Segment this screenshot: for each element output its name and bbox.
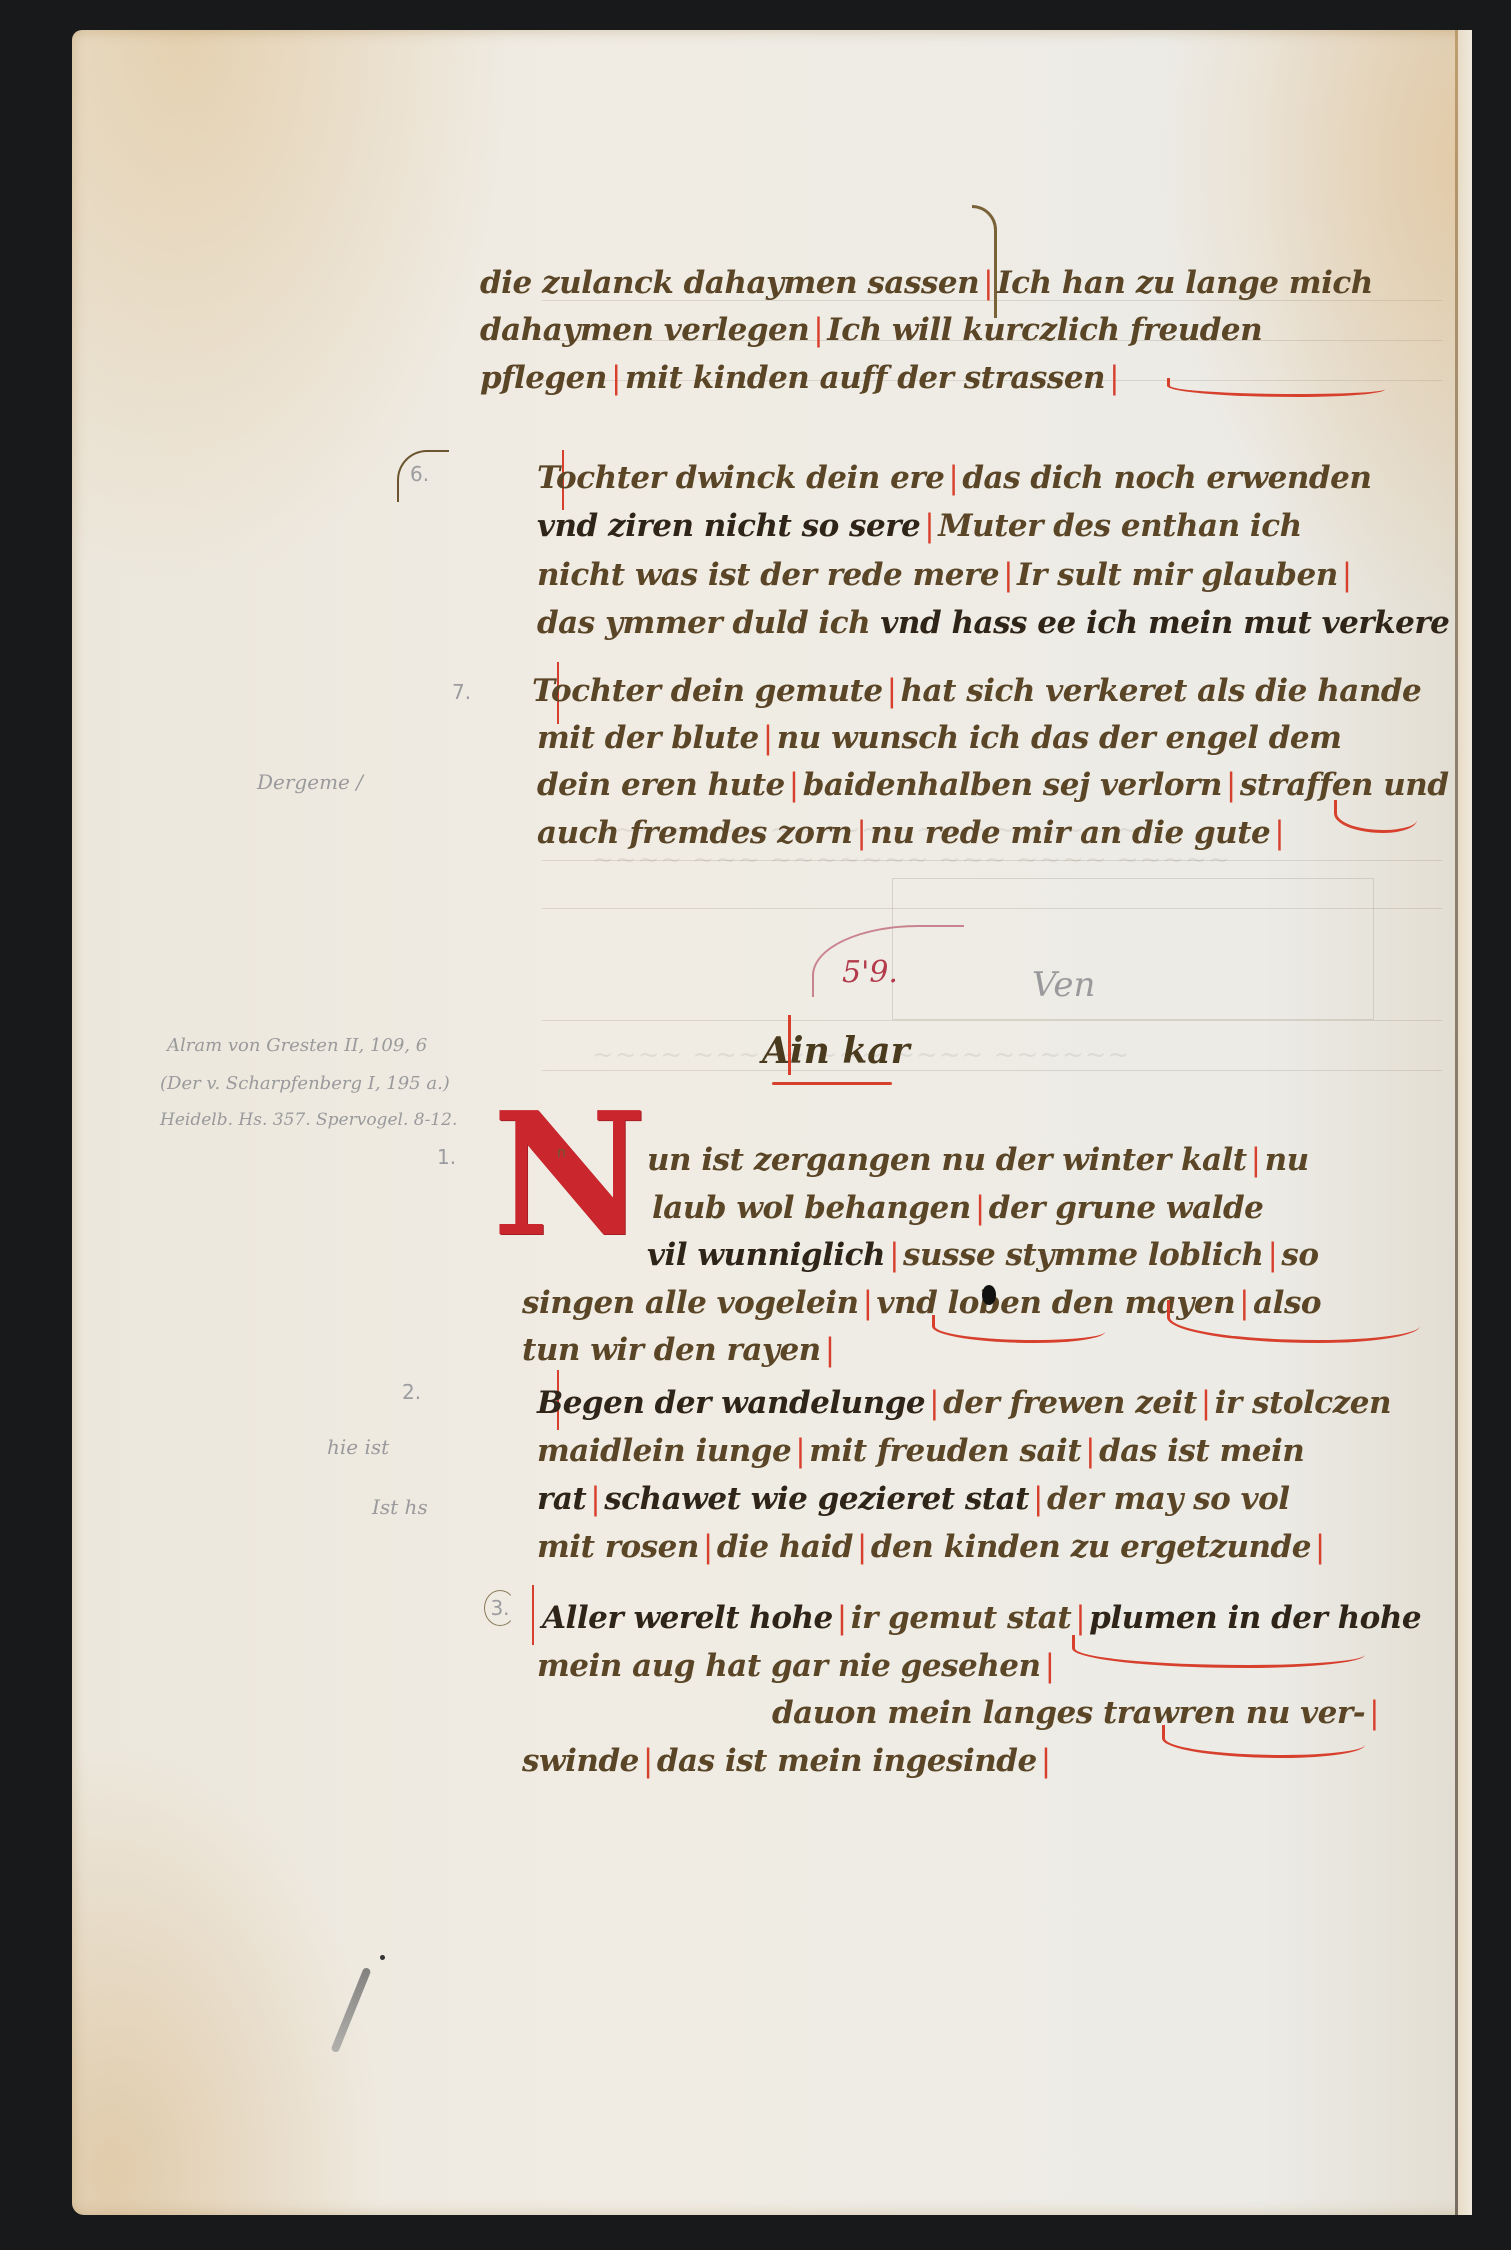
reference-note: Alram von Gresten II, 109, 6	[167, 1035, 427, 1056]
red-line-filler	[1167, 1300, 1420, 1343]
text-line: das ymmer duld ich vnd hass ee ich mein …	[537, 605, 1449, 641]
verse-number: 2.	[402, 1380, 421, 1404]
rubric-stroke	[788, 1015, 791, 1075]
text-line: mit der blute|nu wunsch ich das der enge…	[537, 720, 1341, 756]
ink-smudge	[330, 1967, 371, 2053]
verse-number: 3.	[484, 1590, 516, 1626]
red-initial: N	[492, 1090, 647, 1260]
pencil-note: Dergeme /	[257, 770, 363, 794]
text-line: die zulanck dahaymen sassen|Ich han zu l…	[480, 265, 1373, 301]
ascender-flourish	[972, 205, 997, 318]
text-line: Tochter dwinck dein ere|das dich noch er…	[537, 460, 1371, 496]
pencil-note-ven: Ven	[1032, 965, 1095, 1005]
text-line: nicht was ist der rede mere|Ir sult mir …	[537, 557, 1356, 593]
adjacent-leaf-edge	[1458, 30, 1472, 2215]
text-line: vnd ziren nicht so sere|Muter des enthan…	[537, 508, 1302, 544]
initial-guide-letter: n	[557, 1145, 566, 1161]
red-line-filler	[1167, 378, 1385, 397]
text-line: mein aug hat gar nie gesehen|	[537, 1648, 1059, 1684]
red-line-filler	[1334, 800, 1417, 833]
text-line: vil wunniglich|susse stymme loblich|so	[647, 1237, 1319, 1273]
red-line-filler	[932, 1315, 1105, 1343]
verse-bracket	[397, 450, 449, 502]
verse-number: 1.	[437, 1145, 456, 1169]
text-line: Aller werelt hohe|ir gemut stat|plumen i…	[542, 1600, 1421, 1636]
verse-number: 7.	[452, 680, 471, 704]
ruling-line	[542, 1020, 1442, 1021]
text-line: swinde|das ist mein ingesinde|	[522, 1743, 1055, 1779]
ink-dot	[380, 1955, 385, 1960]
text-line: un ist zergangen nu der winter kalt|nu	[647, 1142, 1309, 1178]
text-line: dein eren hute|baidenhalben sej verlorn|…	[537, 767, 1449, 803]
song-heading: Ain kar	[762, 1030, 910, 1072]
text-line: Tochter dein gemute|hat sich verkeret al…	[532, 673, 1421, 709]
red-line-filler	[1162, 1725, 1365, 1758]
red-line-filler	[1072, 1635, 1365, 1668]
reference-note: (Der v. Scharpfenberg I, 195 a.)	[160, 1073, 450, 1094]
text-line: mit rosen|die haid|den kinden zu ergetzu…	[537, 1529, 1329, 1565]
text-line: Begen der wandelunge|der frewen zeit|ir …	[537, 1385, 1391, 1421]
rubric-stroke	[532, 1585, 534, 1645]
ink-blot	[982, 1285, 996, 1305]
show-through-frame	[892, 878, 1374, 1020]
text-line: dahaymen verlegen|Ich will kurczlich fre…	[480, 312, 1262, 348]
text-line: rat|schawet wie gezieret stat|der may so…	[537, 1481, 1290, 1517]
pencil-note: hie ist	[327, 1435, 389, 1459]
ruling-line	[542, 1070, 1442, 1071]
text-line: laub wol behangen|der grune walde	[652, 1190, 1263, 1226]
song-number: 5'9.	[842, 955, 898, 990]
pencil-note: Ist hs	[372, 1495, 428, 1519]
text-line: maidlein iunge|mit freuden sait|das ist …	[537, 1433, 1304, 1469]
heading-underline	[772, 1082, 892, 1085]
text-line: pflegen|mit kinden auff der strassen|	[480, 360, 1123, 396]
manuscript-page: ~~~ ~~~~ ~~~~~ ~~~ ~~~~~~ ~~~ ~~~~ ~~~ ~…	[72, 30, 1472, 2215]
text-line: auch fremdes zorn|nu rede mir an die gut…	[537, 815, 1288, 851]
reference-note: Heidelb. Hs. 357. Spervogel. 8-12.	[160, 1110, 457, 1130]
text-line: tun wir den rayen|	[522, 1332, 839, 1368]
